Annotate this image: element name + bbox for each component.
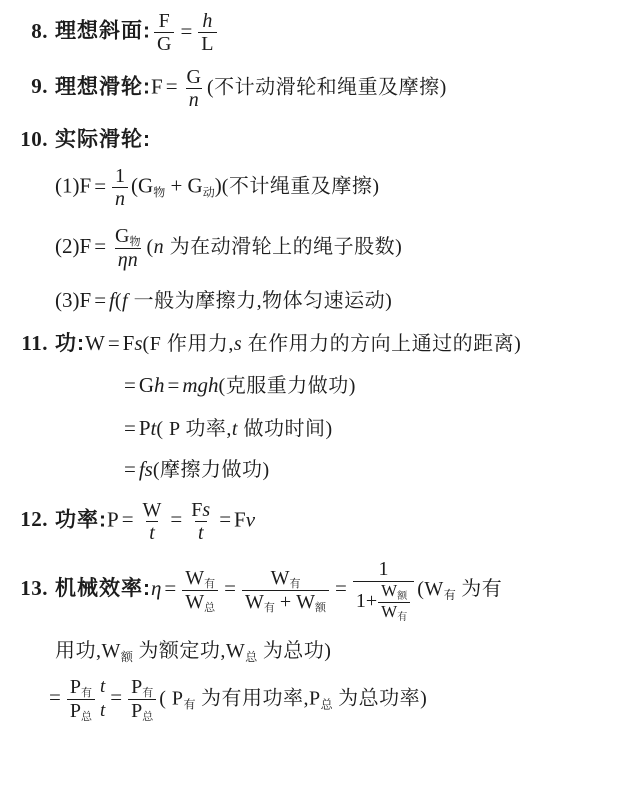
subscript: 动 — [203, 186, 215, 200]
fraction: FG — [154, 10, 174, 56]
fraction-denominator: L — [198, 32, 216, 55]
item-number: 11. — [8, 330, 48, 356]
formula-item-11-line-4: =fs(摩擦力做功) — [8, 456, 636, 483]
equals-sign: = — [167, 507, 185, 531]
formula-item-11-line-3: =Pt( P 功率,t 做功时间) — [8, 415, 636, 442]
math-term: W — [185, 567, 204, 589]
fraction-numerator: P有 — [128, 676, 156, 699]
subscript: 有 — [184, 697, 196, 711]
fraction-numerator: W有 — [182, 567, 218, 590]
fraction: W有W有 + W额 — [242, 567, 329, 615]
fraction-numerator: Fs — [188, 499, 213, 521]
subscript: 额 — [121, 650, 133, 664]
equals-sign: = — [161, 576, 179, 600]
subscript: 总 — [81, 711, 92, 723]
fraction-numerator: P有 — [67, 676, 95, 699]
fraction: G物ηn — [112, 225, 143, 272]
equals-sign: = — [91, 174, 109, 198]
note-text: 为额定功,W — [133, 640, 245, 662]
sub-item-tag: (1) — [55, 174, 80, 198]
subscript: 总 — [204, 602, 215, 614]
item-number: 13. — [8, 575, 48, 601]
subscript: 物 — [153, 186, 165, 200]
math-term: F — [123, 331, 135, 355]
equals-sign: = — [221, 576, 239, 600]
subscript: 有 — [444, 588, 456, 602]
formula-item-12: 12.功率:P=Wt=Fst=Fv — [8, 499, 636, 545]
math-term: (G — [131, 174, 153, 198]
equals-sign: = — [121, 416, 139, 440]
math-term: W — [185, 591, 204, 613]
item-title: 理想滑轮: — [55, 75, 151, 98]
fraction-denominator: P总 — [128, 699, 156, 723]
formula-sheet: 8.理想斜面:FG=hL 9.理想滑轮:F=Gn(不计动滑轮和绳重及摩擦) 10… — [0, 0, 640, 798]
note-text: 在作用力的方向上通过的距离) — [242, 333, 521, 355]
math-term: F — [80, 174, 92, 198]
sub-item-tag: (2) — [55, 234, 80, 258]
subscript: 有 — [264, 602, 275, 614]
subscript: 物 — [129, 236, 140, 248]
math-term: P — [131, 676, 142, 698]
subscript: 有 — [81, 687, 92, 699]
formula-item-9: 9.理想滑轮:F=Gn(不计动滑轮和绳重及摩擦) — [8, 66, 636, 112]
equals-sign: = — [119, 507, 137, 531]
subscript: 总 — [321, 697, 333, 711]
item-title: 实际滑轮: — [55, 128, 151, 151]
fraction-denominator: n — [186, 88, 202, 111]
equals-sign: = — [91, 288, 109, 312]
math-term: W — [85, 331, 105, 355]
subscript: 有 — [142, 687, 153, 699]
equals-sign: = — [105, 331, 123, 355]
note-text: (克服重力做功) — [219, 375, 356, 397]
formula-item-13-line-3: =P有P总tt=P有P总( P有 为有用功率,P总 为总功率) — [8, 675, 636, 724]
math-term: W — [381, 581, 397, 600]
fraction: Fst — [188, 499, 213, 545]
fraction: P有P总 — [67, 676, 95, 724]
fraction: Gn — [184, 66, 204, 112]
math-term: v — [246, 507, 255, 531]
subscript: 有 — [397, 612, 407, 623]
fraction-denominator: W总 — [182, 590, 218, 614]
formula-item-13-line-2: 用功,W额 为额定功,W总 为总功) — [8, 637, 636, 665]
item-number: 12. — [8, 506, 48, 532]
formula-item-10-sub-2: (2)F=G物ηn(n 为在动滑轮上的绳子股数) — [8, 225, 636, 272]
math-term: W — [271, 567, 290, 589]
equals-sign: = — [121, 373, 139, 397]
math-term: G — [139, 373, 154, 397]
note-text: (不计绳重及摩擦) — [222, 176, 380, 198]
math-term: F — [234, 507, 246, 531]
note-text: (不计动滑轮和绳重及摩擦) — [207, 76, 447, 98]
fraction: Wt — [140, 499, 165, 545]
note-text: 一般为摩擦力,物体匀速运动) — [128, 290, 392, 312]
formula-item-13: 13.机械效率:η=W有W总=W有W有 + W额=11+W额W有(W有 为有 — [8, 558, 636, 622]
math-term: F — [80, 234, 92, 258]
fraction-denominator: G — [154, 32, 174, 55]
note-variable: s — [234, 333, 242, 355]
math-term: P — [107, 507, 119, 531]
fraction: hL — [198, 10, 216, 56]
fraction: P有P总 — [128, 676, 156, 724]
fraction: W有W总 — [182, 567, 218, 615]
fraction: 11+W额W有 — [353, 558, 414, 622]
math-term: 1+ — [356, 590, 377, 612]
item-title: 功: — [55, 332, 85, 355]
nested-fraction: W额W有 — [378, 582, 410, 623]
fraction-denominator: n — [112, 187, 128, 210]
equals-sign: = — [177, 19, 195, 43]
subscript: 有 — [289, 578, 300, 590]
fraction-denominator: 1+W额W有 — [353, 581, 414, 623]
stacked-terms: tt — [100, 675, 105, 724]
subscript: 额 — [397, 591, 407, 602]
note-text: (摩擦力做功) — [153, 459, 270, 481]
equals-sign: = — [46, 685, 64, 709]
fraction-denominator: t — [195, 521, 207, 544]
math-term: P — [70, 700, 81, 722]
note-text: 用功,W — [55, 640, 121, 662]
formula-item-8: 8.理想斜面:FG=hL — [8, 10, 636, 56]
fraction-numerator: G — [184, 66, 204, 88]
note-text: ( P — [159, 687, 183, 709]
math-term: P — [131, 700, 142, 722]
equals-sign: = — [165, 373, 183, 397]
formula-item-11: 11.功:W=Fs(F 作用力,s 在作用力的方向上通过的距离) — [8, 330, 636, 357]
note-text: (W — [417, 578, 444, 600]
note-text: 为总功) — [257, 640, 331, 662]
item-number: 9. — [8, 73, 48, 99]
note-text: 为在动滑轮上的绳子股数) — [164, 236, 402, 258]
subscript: 有 — [204, 578, 215, 590]
math-term: η — [151, 576, 161, 600]
math-term: W — [381, 602, 397, 621]
equals-sign: = — [121, 457, 139, 481]
math-term: P — [70, 676, 81, 698]
fraction-numerator: F — [156, 10, 173, 32]
item-number: 10. — [8, 126, 48, 152]
fraction-numerator: h — [199, 10, 215, 32]
note-text: ( — [115, 290, 122, 312]
math-term: t — [100, 675, 105, 700]
item-title: 机械效率: — [55, 577, 151, 600]
math-term: t — [100, 699, 105, 724]
math-term: F — [151, 74, 163, 98]
fraction-numerator: G物 — [112, 225, 143, 248]
note-text: (F 作用力, — [143, 333, 234, 355]
subscript: 总 — [245, 650, 257, 664]
equals-sign: = — [163, 74, 181, 98]
fraction-denominator: W有 + W额 — [242, 590, 329, 614]
math-term: ) — [215, 174, 222, 198]
formula-item-10: 10.实际滑轮: — [8, 126, 636, 153]
math-term: + W — [275, 591, 315, 613]
fraction-numerator: 1 — [376, 558, 392, 580]
math-term: s — [134, 331, 142, 355]
math-term: F — [80, 288, 92, 312]
math-term: s — [202, 499, 210, 521]
fraction-numerator: W — [140, 499, 165, 521]
equals-sign: = — [91, 234, 109, 258]
subscript: 额 — [315, 602, 326, 614]
fraction-numerator: W额 — [378, 582, 410, 602]
fraction-denominator: ηn — [115, 248, 141, 271]
equals-sign: = — [216, 507, 234, 531]
note-text: 为总功率) — [333, 687, 428, 709]
note-text: ( P 功率, — [156, 418, 232, 440]
note-text: 做功时间) — [238, 418, 333, 440]
math-term: h — [154, 373, 165, 397]
item-title: 理想斜面: — [55, 20, 151, 43]
fraction-denominator: t — [146, 521, 158, 544]
subscript: 总 — [142, 711, 153, 723]
formula-item-11-line-2: =Gh=mgh(克服重力做功) — [8, 372, 636, 399]
note-text: 为有 — [456, 578, 503, 600]
math-term: fs — [139, 457, 153, 481]
fraction-denominator: W有 — [378, 602, 410, 623]
sub-item-tag: (3) — [55, 288, 80, 312]
math-term: G — [115, 225, 129, 247]
math-term: F — [191, 499, 202, 521]
fraction-numerator: W有 — [268, 567, 304, 590]
fraction: 1n — [112, 165, 128, 211]
math-term: mgh — [182, 373, 218, 397]
math-term: + G — [165, 174, 203, 198]
fraction-denominator: P总 — [67, 699, 95, 723]
item-title: 功率: — [55, 508, 107, 531]
formula-item-10-sub-3: (3)F=f(f 一般为摩擦力,物体匀速运动) — [8, 287, 636, 314]
item-number: 8. — [8, 18, 48, 44]
equals-sign: = — [332, 576, 350, 600]
math-term: W — [245, 591, 264, 613]
formula-item-10-sub-1: (1)F=1n(G物 + G动)(不计绳重及摩擦) — [8, 165, 636, 211]
note-text: ( — [146, 236, 153, 258]
math-term: P — [139, 416, 151, 440]
fraction-numerator: 1 — [112, 165, 128, 187]
note-variable: n — [154, 236, 165, 258]
note-text: 为有用功率,P — [196, 687, 321, 709]
equals-sign: = — [107, 685, 125, 709]
